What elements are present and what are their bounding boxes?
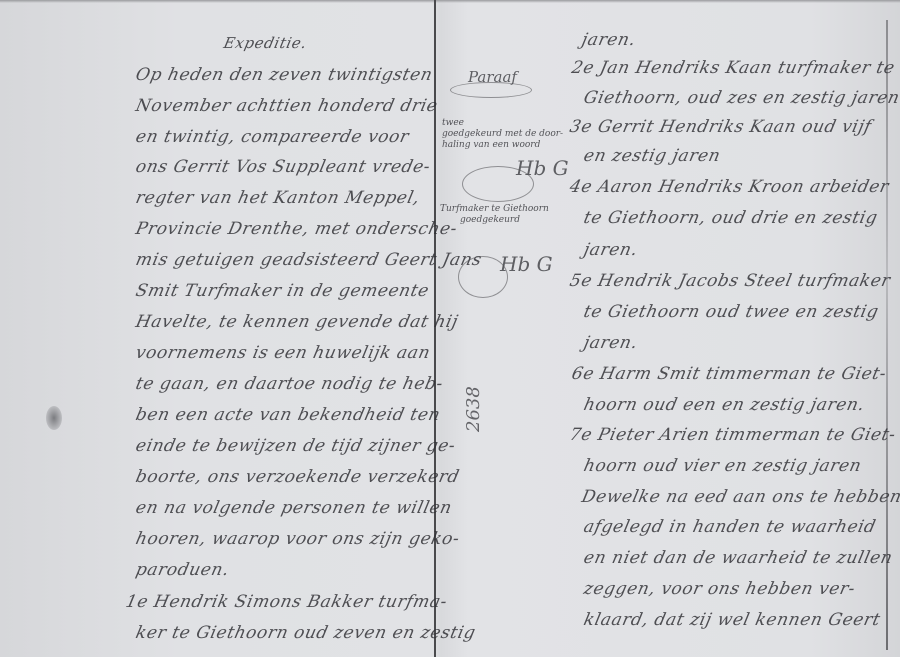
right-line-20: klaard, dat zij wel kennen Geert bbox=[582, 610, 882, 630]
left-line-17: paroduen. bbox=[134, 560, 231, 580]
right-line-12: 6e Harm Smit timmerman te Giet- bbox=[570, 364, 888, 384]
document-spread: Expeditie. Op heden den zeven twintigste… bbox=[0, 0, 900, 657]
right-line-7: te Giethoorn, oud drie en zestig bbox=[582, 208, 880, 228]
right-line-1: jaren. bbox=[580, 30, 638, 50]
left-line-6: Provincie Drenthe, met ondersche- bbox=[134, 219, 459, 239]
initials-signature-2: Hb G bbox=[500, 252, 553, 276]
right-line-8: jaren. bbox=[582, 240, 640, 260]
left-line-10: voornemens is een huwelijk aan bbox=[134, 343, 432, 363]
left-line-12: ben een acte van bekendheid ten bbox=[134, 405, 442, 425]
signature-flourish-1 bbox=[462, 166, 534, 202]
page-heading: Expeditie. bbox=[222, 34, 309, 52]
margin-note-1: twee goedgekeurd met de door- haling van… bbox=[442, 118, 563, 151]
page-top-edge bbox=[0, 0, 900, 3]
left-line-18: 1e Hendrik Simons Bakker turfma- bbox=[124, 592, 449, 612]
right-line-5: en zestig jaren bbox=[582, 146, 723, 166]
signature-flourish-2 bbox=[458, 256, 508, 298]
margin-note-2-line-2: goedgekeurd bbox=[440, 215, 549, 226]
left-line-16: hooren, waarop voor ons zijn geko- bbox=[134, 529, 462, 549]
paraph-flourish bbox=[450, 82, 532, 98]
right-line-9: 5e Hendrik Jacobs Steel turfmaker bbox=[568, 271, 892, 291]
left-line-4: ons Gerrit Vos Suppleant vrede- bbox=[134, 157, 432, 177]
left-line-3: en twintig, compareerde voor bbox=[134, 127, 411, 147]
left-line-7: mis getuigen geadsisteerd Geert Jans bbox=[134, 250, 484, 270]
left-line-11: te gaan, en daartoe nodig te heb- bbox=[134, 374, 445, 394]
right-line-19: zeggen, voor ons hebben ver- bbox=[582, 579, 857, 599]
vertical-number: 2638 bbox=[463, 386, 484, 432]
left-line-9: Havelte, te kennen gevende dat hij bbox=[134, 312, 460, 332]
margin-note-2-line-1: Turfmaker te Giethoorn bbox=[440, 204, 549, 215]
right-line-2: 2e Jan Hendriks Kaan turfmaker te bbox=[570, 58, 897, 78]
right-line-17: afgelegd in handen te waarheid bbox=[582, 517, 878, 537]
ink-smudge bbox=[46, 406, 62, 430]
left-line-15: en na volgende personen te willen bbox=[134, 498, 454, 518]
left-line-2: November achttien honderd drie bbox=[134, 96, 440, 116]
margin-note-2: Turfmaker te Giethoorn goedgekeurd bbox=[440, 204, 549, 226]
left-line-19: ker te Giethoorn oud zeven en zestig bbox=[134, 623, 478, 643]
left-line-1: Op heden den zeven twintigsten bbox=[134, 65, 435, 85]
left-line-5: regter van het Kanton Meppel, bbox=[134, 188, 422, 208]
right-line-4: 3e Gerrit Hendriks Kaan oud vijf bbox=[568, 117, 873, 137]
left-line-14: boorte, ons verzoekende verzekerd bbox=[134, 467, 461, 487]
right-line-6: 4e Aaron Hendriks Kroon arbeider bbox=[568, 177, 891, 197]
margin-note-1-line-1: twee bbox=[442, 118, 563, 129]
right-line-18: en niet dan de waarheid te zullen bbox=[582, 548, 895, 568]
right-line-3: Giethoorn, oud zes en zestig jaren bbox=[582, 88, 900, 108]
left-line-13: einde te bewijzen de tijd zijner ge- bbox=[134, 436, 458, 456]
margin-note-1-line-2: goedgekeurd met de door- bbox=[442, 129, 563, 140]
right-line-16: Dewelke na eed aan ons te hebben bbox=[580, 487, 900, 507]
right-line-10: te Giethoorn oud twee en zestig bbox=[582, 302, 881, 322]
right-line-14: 7e Pieter Arien timmerman te Giet- bbox=[568, 425, 898, 445]
margin-note-1-line-3: haling van een woord bbox=[442, 140, 563, 151]
right-line-13: hoorn oud een en zestig jaren. bbox=[582, 395, 867, 415]
left-line-8: Smit Turfmaker in de gemeente bbox=[134, 281, 431, 301]
right-line-11: jaren. bbox=[582, 333, 640, 353]
right-line-15: hoorn oud vier en zestig jaren bbox=[582, 456, 864, 476]
